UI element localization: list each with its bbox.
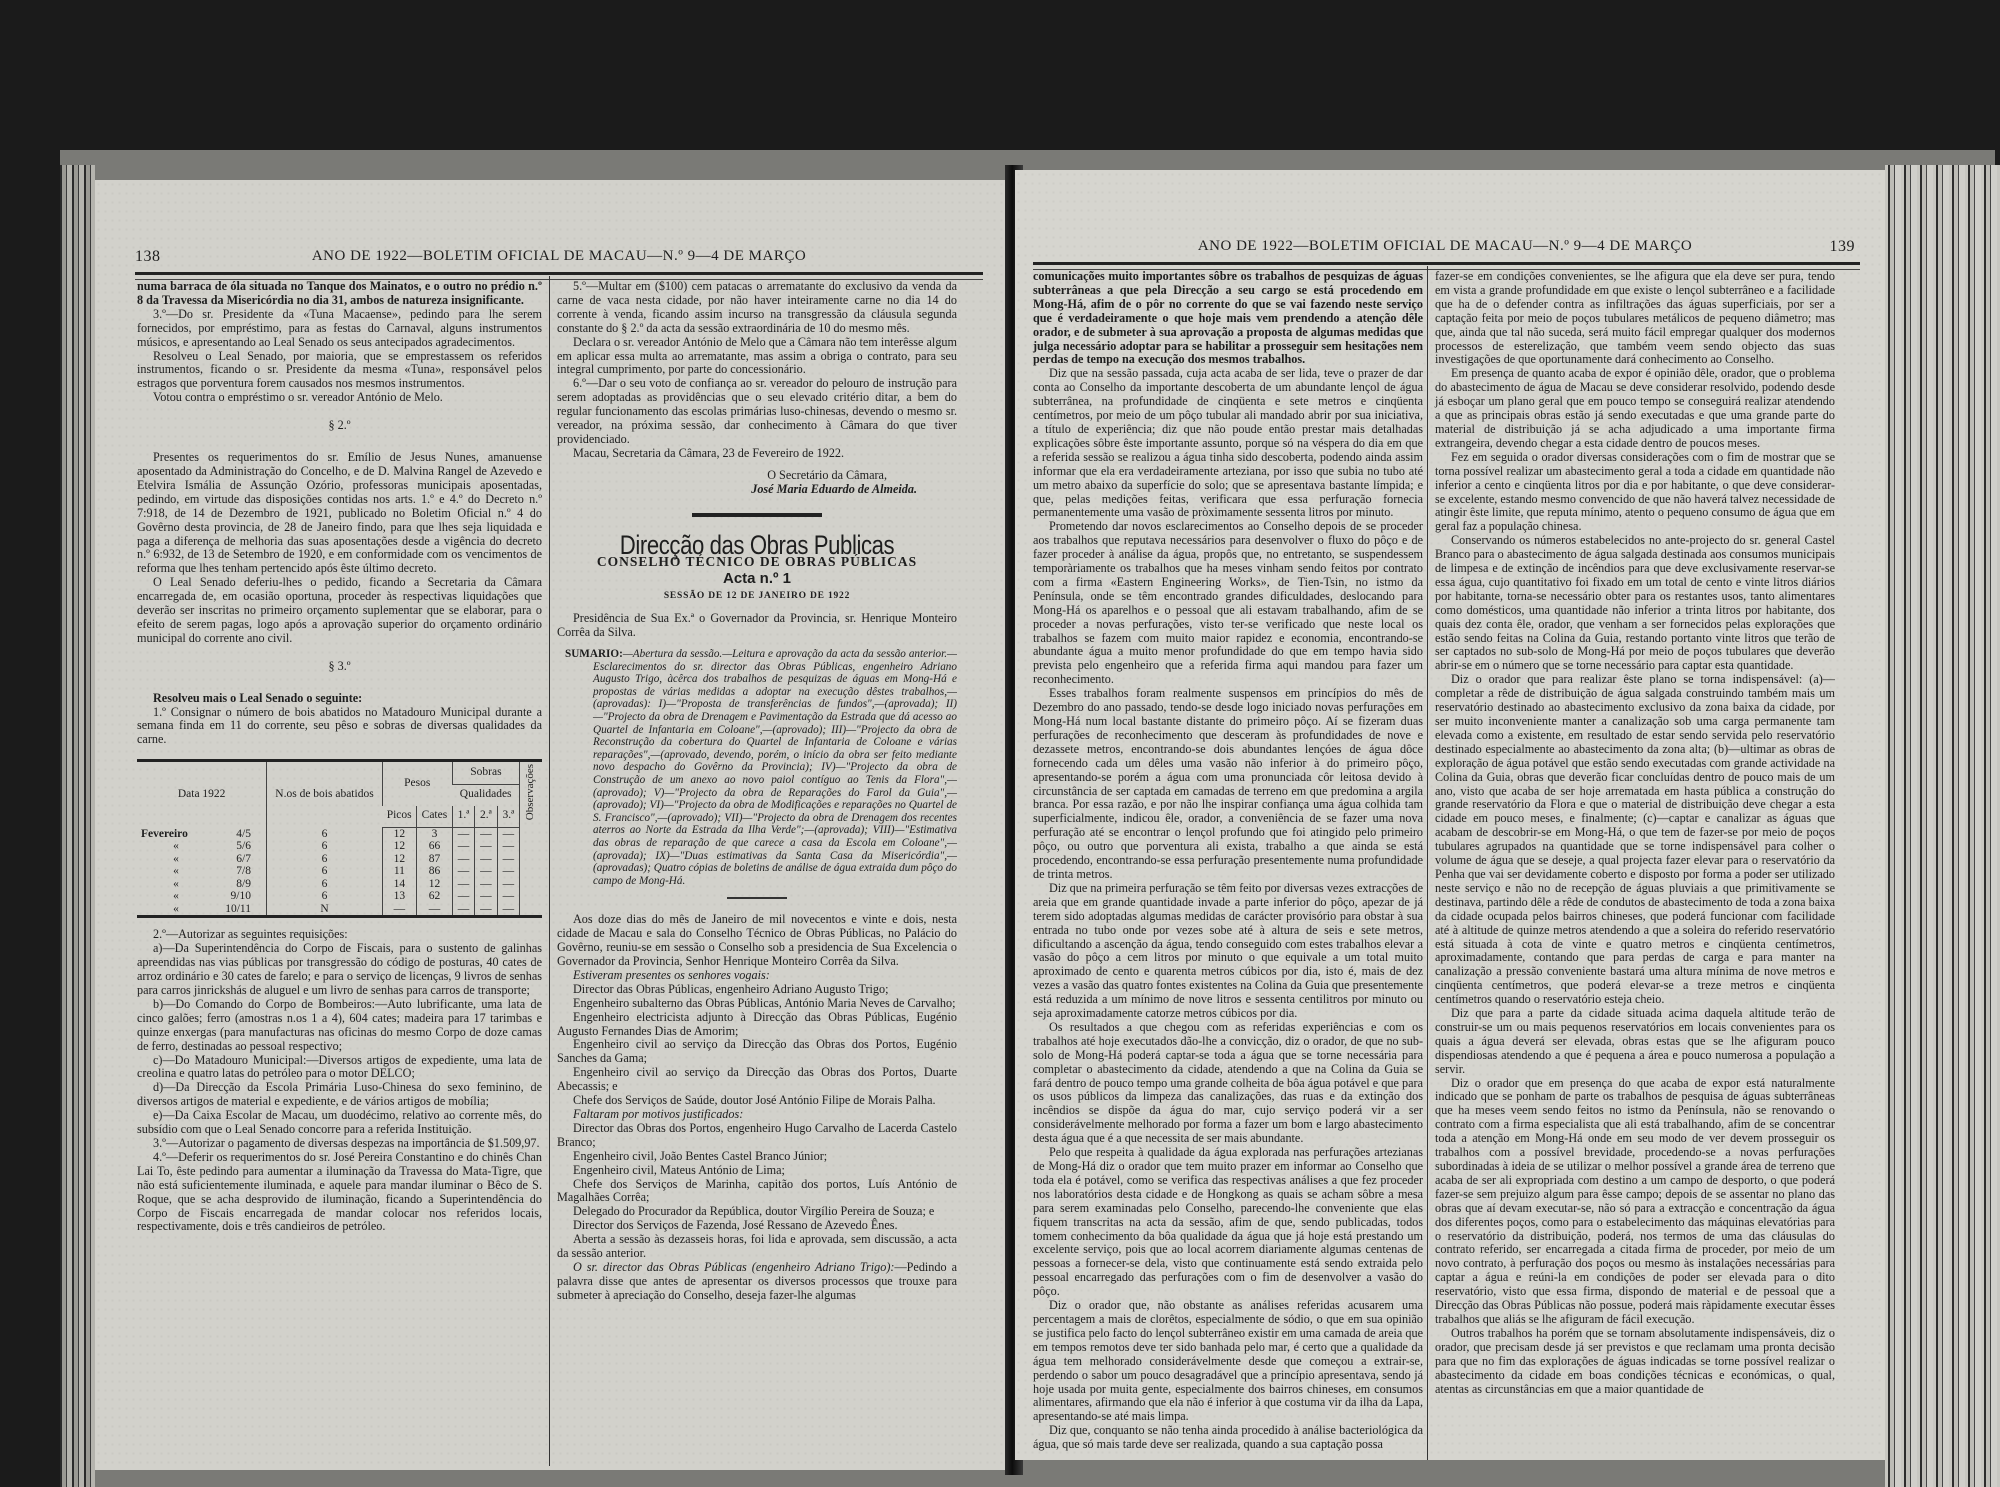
column-divider [549,276,550,1466]
paragraph: Macau, Secretaria da Câmara, 23 de Fever… [557,447,957,461]
paragraph: a)—Da Superintendência do Corpo de Fisca… [137,942,542,998]
running-header: ANO DE 1922—BOLETIM OFICIAL DE MACAU—N.º… [1035,238,1855,260]
list-item: Chefe dos Serviços de Marinha, capitão d… [557,1178,957,1206]
paragraph: e)—Da Caixa Escolar de Macau, um duodéci… [137,1109,542,1137]
col-header-picos: Picos [382,806,416,828]
signature-name: José Maria Eduardo de Almeida. [557,483,957,497]
list-item: Delegado do Procurador da República, dou… [557,1205,957,1219]
list-item: Engenheiro civil, João Bentes Castel Bra… [557,1150,957,1164]
cell-q3: — [497,865,519,878]
cell-date: «8/9 [137,878,267,891]
left-page-edge [60,165,95,1487]
cell-q2: — [475,840,497,853]
cell-cates: 12 [417,878,453,891]
slaughter-table: Data 1922 N.os de bois abatidos Pesos So… [137,759,542,918]
cell-q1: — [452,840,474,853]
page-number: 139 [1830,238,1856,256]
paragraph: Faltaram por motivos justificados: [557,1108,957,1122]
col-header-notes: Observações [520,761,542,828]
speaker-label: O sr. director das Obras Públicas (engen… [573,1260,894,1274]
cell-date: «6/7 [137,853,267,866]
col-header-date: Data 1922 [137,761,267,828]
cell-cates: 86 [417,865,453,878]
table-row: «7/861186——— [137,865,542,878]
absentees-list: Director das Obras dos Portos, engenheir… [557,1122,957,1233]
right-page-edges [1885,165,2000,1487]
cell-picos: 13 [382,890,416,903]
cell-date: «9/10 [137,890,267,903]
col-header-leftovers: Sobras [452,761,519,784]
running-head-title: ANO DE 1922—BOLETIM OFICIAL DE MACAU—N.º… [135,248,983,265]
list-item: Engenheiro civil ao serviço da Direcção … [557,1038,957,1066]
paragraph: 3.º—Autorizar o pagamento de diversas de… [137,1137,542,1151]
table-row: Fevereiro4/56123——— [137,827,542,840]
cell-q1: — [452,890,474,903]
cell-q1: — [452,853,474,866]
cell-q2: — [475,878,497,891]
table-row: «6/761287——— [137,853,542,866]
cell-q1: — [452,878,474,891]
list-item: Director das Obras dos Portos, engenheir… [557,1122,957,1150]
paragraph: 5.º—Multar em ($100) cem patacas o arrem… [557,280,957,336]
paragraph: b)—Do Comando do Corpo de Bombeiros:—Aut… [137,998,542,1054]
column-divider [1427,266,1428,1460]
paragraph: 1.º Consignar o número de bois abatidos … [137,706,542,748]
paragraph: 2.º—Autorizar as seguintes requisições: [137,928,542,942]
summary-text: —Abertura da sessão.—Leitura e aprovação… [593,648,957,887]
paragraph: Esses trabalhos foram realmente suspenso… [1033,687,1423,882]
col-header-qualities: Qualidades [452,784,519,806]
paragraph: numa barraca de óla situada no Tanque do… [137,280,542,308]
table-row: «8/961412——— [137,878,542,891]
paragraph: 6.º—Dar o seu voto de confiança ao sr. v… [557,377,957,447]
page-139: ANO DE 1922—BOLETIM OFICIAL DE MACAU—N.º… [1015,170,1885,1460]
paragraph: Fez em seguida o orador diversas conside… [1435,451,1835,534]
list-item: Engenheiro subalterno das Obras Públicas… [557,997,957,1011]
section-heading: § 3.º [137,660,542,674]
list-item: Engenheiro electricista adjunto à Direcç… [557,1011,957,1039]
paragraph: O Leal Senado deferiu-lhes o pedido, fic… [137,576,542,646]
cell-notes [520,890,542,903]
paragraph: Declara o sr. vereador António de Melo q… [557,336,957,378]
paragraph: Prometendo dar novos esclarecimentos ao … [1033,520,1423,687]
paragraph: d)—Da Direcção da Escola Primária Luso-C… [137,1081,542,1109]
list-item: Director das Obras Públicas, engenheiro … [557,983,957,997]
cell-q3: — [497,840,519,853]
cell-picos: 11 [382,865,416,878]
paragraph: Pelo que respeita à qualidade da água ex… [1033,1146,1423,1299]
cell-q2: — [475,865,497,878]
cell-cates: 87 [417,853,453,866]
paragraph: Em presença de quanto acaba de expor é o… [1435,367,1835,450]
list-item: Engenheiro civil ao serviço da Direcção … [557,1066,957,1094]
acta-number: Acta n.º 1 [557,572,957,586]
paragraph: fazer-se em condições convenientes, se l… [1435,270,1835,367]
cell-bois: 6 [267,840,382,853]
paragraph: Aberta a sessão às dezasseis horas, foi … [557,1233,957,1261]
cell-bois: 6 [267,865,382,878]
cell-q1: — [452,865,474,878]
cell-date: Fevereiro4/5 [137,827,267,840]
cell-q2: — [475,853,497,866]
cell-picos: — [382,903,416,917]
paragraph: Diz que para a parte da cidade situada a… [1435,1007,1835,1077]
cell-q3: — [497,853,519,866]
col-header-cates: Cates [417,806,453,828]
cell-q1: — [452,903,474,917]
page-138: 138 ANO DE 1922—BOLETIM OFICIAL DE MACAU… [95,180,1013,1470]
paragraph: Presidência de Sua Ex.ª o Governador da … [557,612,957,640]
running-header: 138 ANO DE 1922—BOLETIM OFICIAL DE MACAU… [135,248,983,270]
paragraph: Presentes os requerimentos do sr. Emílio… [137,451,542,576]
cell-q2: — [475,903,497,917]
signature-title: O Secretário da Câmara, [557,469,957,483]
table-row: «9/1061362——— [137,890,542,903]
paragraph: Diz o orador que em presença do que acab… [1435,1077,1835,1327]
cell-q3: — [497,903,519,917]
cell-q2: — [475,890,497,903]
list-item: Director dos Serviços de Fazenda, José R… [557,1219,957,1233]
paragraph: Votou contra o empréstimo o sr. vereador… [137,391,542,405]
cell-bois: 6 [267,827,382,840]
cell-q1: — [452,827,474,840]
cell-date: «7/8 [137,865,267,878]
paragraph: Conservando os números estabelecidos no … [1435,534,1835,673]
col-header-oxen: N.os de bois abatidos [267,761,382,828]
column-1: comunicações muito importantes sôbre os … [1033,270,1423,1452]
cell-bois: 6 [267,890,382,903]
cell-notes [520,903,542,917]
paragraph: Resolveu o Leal Senado, por maioria, que… [137,350,542,392]
section-rule [692,513,822,517]
cell-notes [520,865,542,878]
session-date: SESSÃO DE 12 DE JANEIRO DE 1922 [557,590,957,604]
column-2: fazer-se em condições convenientes, se l… [1435,270,1835,1396]
short-rule [727,897,787,899]
running-head-title: ANO DE 1922—BOLETIM OFICIAL DE MACAU—N.º… [1035,238,1855,255]
cell-q3: — [497,890,519,903]
paragraph: comunicações muito importantes sôbre os … [1033,270,1423,367]
col-header-q3: 3.ª [497,806,519,828]
cell-q2: — [475,827,497,840]
cell-notes [520,840,542,853]
paragraph: Diz que, conquanto se não tenha ainda pr… [1033,1424,1423,1452]
summary-label: SUMARIO: [565,648,623,660]
cell-bois: 6 [267,878,382,891]
paragraph: Diz o orador que para realizar êste plan… [1435,673,1835,1007]
paragraph: Outros trabalhos ha porém que se tornam … [1435,1327,1835,1397]
paragraph: c)—Do Matadouro Municipal:—Diversos arti… [137,1054,542,1082]
cell-bois: 6 [267,853,382,866]
list-item: Engenheiro civil, Mateus António de Lima… [557,1164,957,1178]
cell-picos: 12 [382,853,416,866]
paragraph: 3.º—Do sr. Presidente da «Tuna Macaense»… [137,308,542,350]
cell-notes [520,827,542,840]
section-heading: § 2.º [137,419,542,433]
cell-notes [520,878,542,891]
cell-q3: — [497,827,519,840]
cell-cates: 66 [417,840,453,853]
table-row: «10/11N————— [137,903,542,917]
col-header-q2: 2.ª [475,806,497,828]
column-2: 5.º—Multar em ($100) cem patacas o arrem… [557,280,957,1303]
summary: SUMARIO:—Abertura da sessão.—Leitura e a… [557,648,957,887]
paragraph: 4.º—Deferir os requerimentos do sr. José… [137,1151,542,1234]
col-header-weights: Pesos [382,761,452,806]
column-1: numa barraca de óla situada no Tanque do… [137,280,542,1234]
cell-date: «10/11 [137,903,267,917]
paragraph: Diz que na sessão passada, cuja acta aca… [1033,367,1423,520]
cell-q3: — [497,878,519,891]
cell-picos: 12 [382,827,416,840]
paragraph: Diz o orador que, não obstante as anális… [1033,1299,1423,1424]
cell-notes [520,853,542,866]
cell-picos: 12 [382,840,416,853]
table-row: «5/661266——— [137,840,542,853]
col-header-q1: 1.ª [452,806,474,828]
attendees-list: Director das Obras Públicas, engenheiro … [557,983,957,1108]
cell-cates: 3 [417,827,453,840]
cell-bois: N [267,903,382,917]
cell-date: «5/6 [137,840,267,853]
paragraph: Resolveu mais o Leal Senado o seguinte: [137,692,542,706]
paragraph: O sr. director das Obras Públicas (engen… [557,1261,957,1303]
cell-cates: 62 [417,890,453,903]
paragraph: Diz que na primeira perfuração se têm fe… [1033,882,1423,1021]
department-title: Direcção das Obras Publicas [593,539,921,553]
paragraph: Estiveram presentes os senhores vogais: [557,969,957,983]
paragraph: Aos doze dias do mês de Janeiro de mil n… [557,913,957,969]
list-item: Chefe dos Serviços de Saúde, doutor José… [557,1094,957,1108]
paragraph: Os resultados a que chegou com as referi… [1033,1021,1423,1146]
cell-cates: — [417,903,453,917]
cell-picos: 14 [382,878,416,891]
